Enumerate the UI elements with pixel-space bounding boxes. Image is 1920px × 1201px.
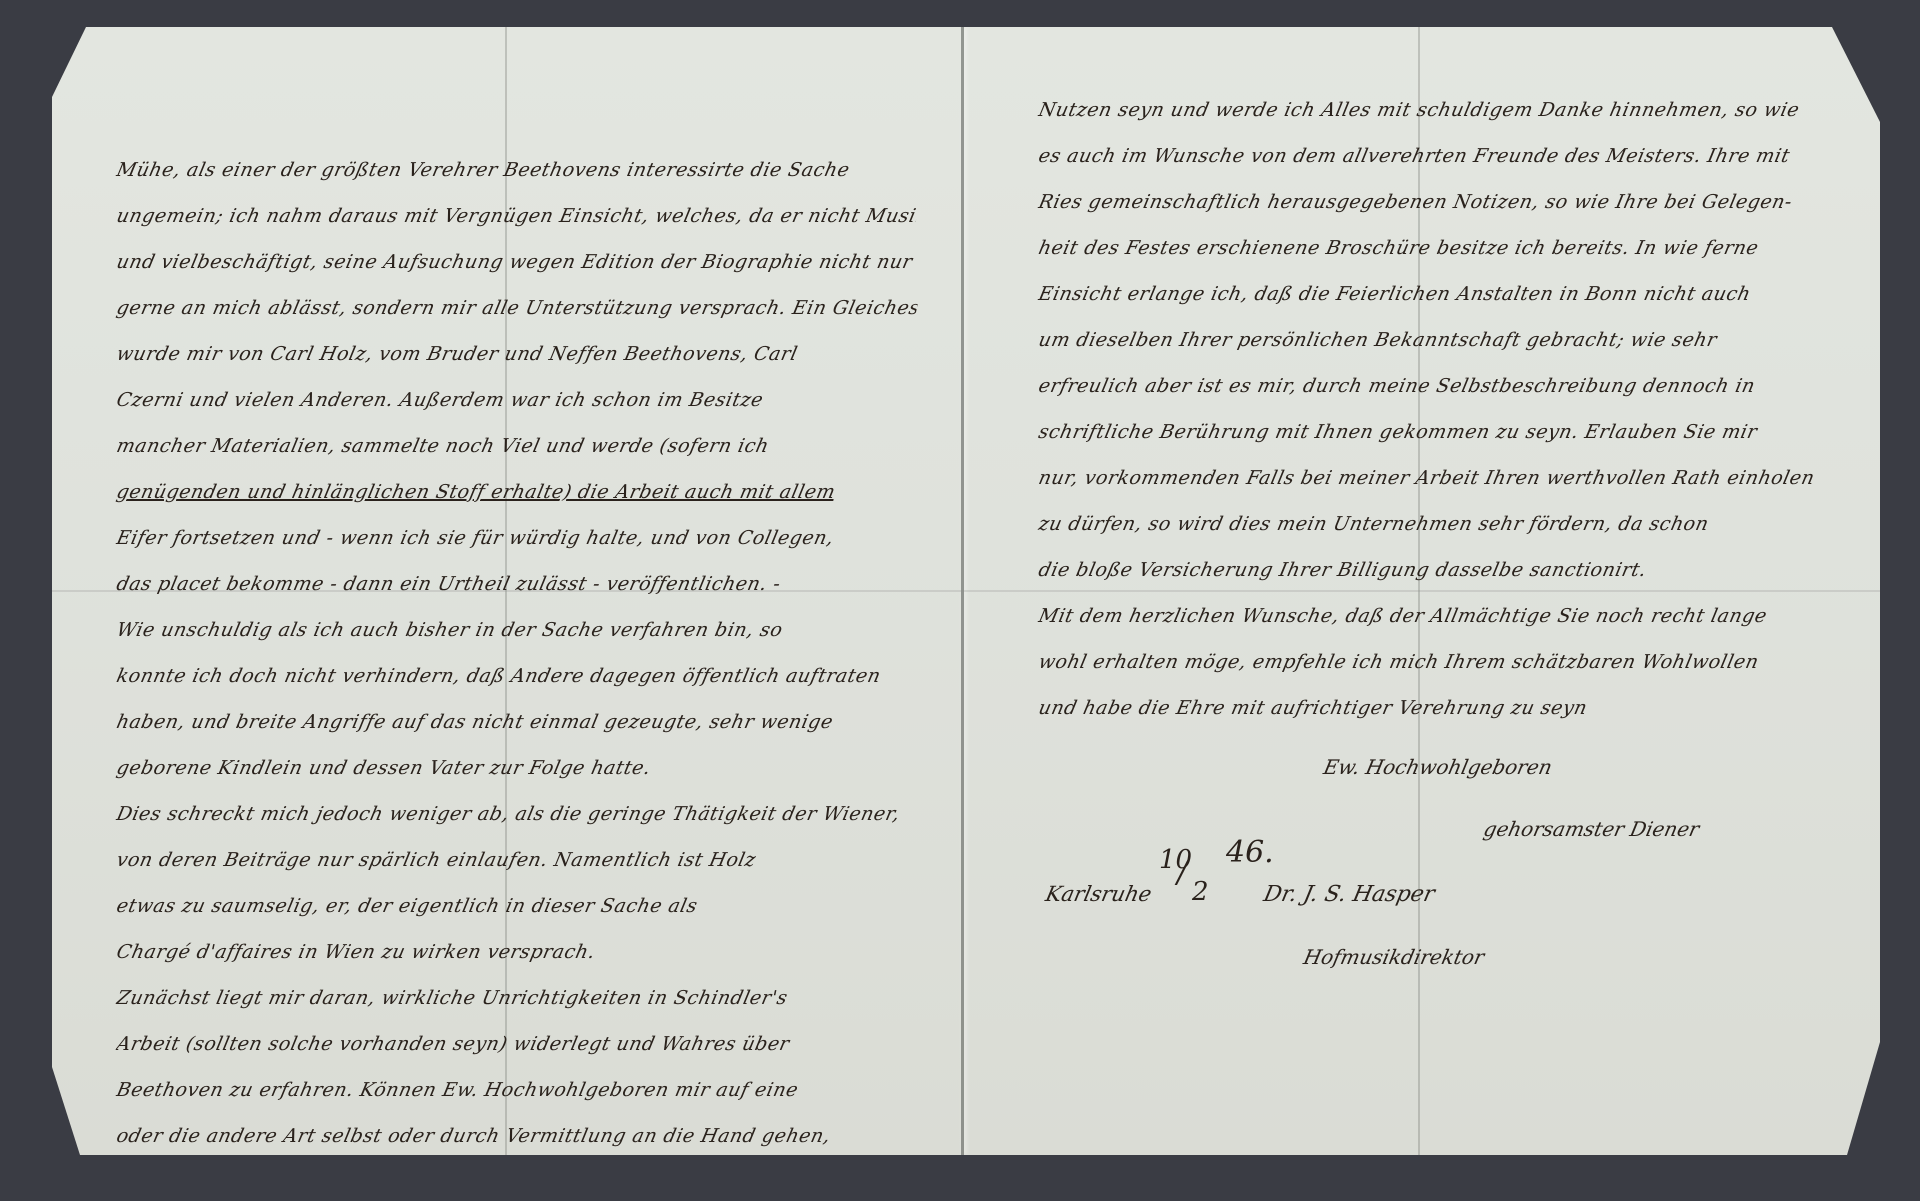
text-line: gerne an mich ablässt, sondern mir alle … bbox=[112, 285, 922, 331]
text-line: wurde mir von Carl Holz, vom Bruder und … bbox=[112, 331, 922, 377]
text-line: Mit dem herzlichen Wunsche, daß der Allm… bbox=[1034, 593, 1844, 639]
text-line: haben, und breite Angriffe auf das nicht… bbox=[112, 699, 922, 745]
text-line: Einsicht erlange ich, daß die Feierliche… bbox=[1034, 271, 1844, 317]
text-line: von deren Beiträge nur spärlich einlaufe… bbox=[112, 837, 922, 883]
text-line: zu dürfen, so wird dies mein Unternehmen… bbox=[1034, 501, 1844, 547]
text-line: so wird jede Mittheilung von solcher Aut… bbox=[112, 1159, 922, 1201]
text-line: etwas zu saumselig, er, der eigentlich i… bbox=[112, 883, 922, 929]
dateline-day: 10 bbox=[1159, 845, 1192, 875]
dateline-place: Karlsruhe bbox=[1043, 882, 1153, 906]
closing-servant: gehorsamster Diener bbox=[1481, 817, 1701, 841]
text-line: heit des Festes erschienene Broschüre be… bbox=[1034, 225, 1844, 271]
text-line: und vielbeschäftigt, seine Aufsuchung we… bbox=[112, 239, 922, 285]
text-line: geborene Kindlein und dessen Vater zur F… bbox=[112, 745, 922, 791]
text-line: die bloße Versicherung Ihrer Billigung d… bbox=[1034, 547, 1844, 593]
text-line: Chargé d'affaires in Wien zu wirken vers… bbox=[112, 929, 922, 975]
text-line: schriftliche Berührung mit Ihnen gekomme… bbox=[1034, 409, 1844, 455]
right-page-text: Nutzen seyn und werde ich Alles mit schu… bbox=[1034, 87, 1834, 731]
text-line: um dieselben Ihrer persönlichen Bekannts… bbox=[1034, 317, 1844, 363]
signer-title: Hofmusikdirektor bbox=[1301, 945, 1486, 969]
left-page: Mühe, als einer der größten Verehrer Bee… bbox=[52, 27, 961, 1155]
underlined-text: genügenden und hinlänglichen Stoff erhal… bbox=[115, 481, 838, 503]
right-page: Nutzen seyn und werde ich Alles mit schu… bbox=[964, 27, 1880, 1155]
text-line: und habe die Ehre mit aufrichtiger Vereh… bbox=[1034, 685, 1844, 731]
left-page-text: Mühe, als einer der größten Verehrer Bee… bbox=[112, 147, 912, 1201]
text-line: Nutzen seyn und werde ich Alles mit schu… bbox=[1034, 87, 1844, 133]
closing-salutation: Ew. Hochwohlgeboren bbox=[1321, 755, 1554, 779]
text-line: nur, vorkommenden Falls bei meiner Arbei… bbox=[1034, 455, 1844, 501]
text-line: wohl erhalten möge, empfehle ich mich Ih… bbox=[1034, 639, 1844, 685]
letter-sheet: Mühe, als einer der größten Verehrer Bee… bbox=[52, 27, 1880, 1155]
text-line: erfreulich aber ist es mir, durch meine … bbox=[1034, 363, 1844, 409]
text-line: Arbeit (sollten solche vorhanden seyn) w… bbox=[112, 1021, 922, 1067]
text-line: Zunächst liegt mir daran, wirkliche Unri… bbox=[112, 975, 922, 1021]
text-line: Eifer fortsetzen und - wenn ich sie für … bbox=[112, 515, 922, 561]
signature: Dr. J. S. Hasper bbox=[1261, 882, 1437, 907]
text-line: Ries gemeinschaftlich herausgegebenen No… bbox=[1034, 179, 1844, 225]
text-line: mancher Materialien, sammelte noch Viel … bbox=[112, 423, 922, 469]
dateline-month: 2 bbox=[1192, 877, 1209, 907]
text-line: Mühe, als einer der größten Verehrer Bee… bbox=[112, 147, 922, 193]
text-line: Czerni und vielen Anderen. Außerdem war … bbox=[112, 377, 922, 423]
text-line: Wie unschuldig als ich auch bisher in de… bbox=[112, 607, 922, 653]
text-line: ungemein; ich nahm daraus mit Vergnügen … bbox=[112, 193, 922, 239]
text-line: das placet bekomme - dann ein Urtheil zu… bbox=[112, 561, 922, 607]
text-line-underlined: genügenden und hinlänglichen Stoff erhal… bbox=[112, 469, 922, 515]
text-line: es auch im Wunsche von dem allverehrten … bbox=[1034, 133, 1844, 179]
text-line: oder die andere Art selbst oder durch Ve… bbox=[112, 1113, 922, 1159]
text-line: Beethoven zu erfahren. Können Ew. Hochwo… bbox=[112, 1067, 922, 1113]
text-line: Dies schreckt mich jedoch weniger ab, al… bbox=[112, 791, 922, 837]
dateline-slash: / bbox=[1177, 855, 1187, 890]
dateline-year: 46. bbox=[1226, 835, 1274, 870]
text-line: konnte ich doch nicht verhindern, daß An… bbox=[112, 653, 922, 699]
